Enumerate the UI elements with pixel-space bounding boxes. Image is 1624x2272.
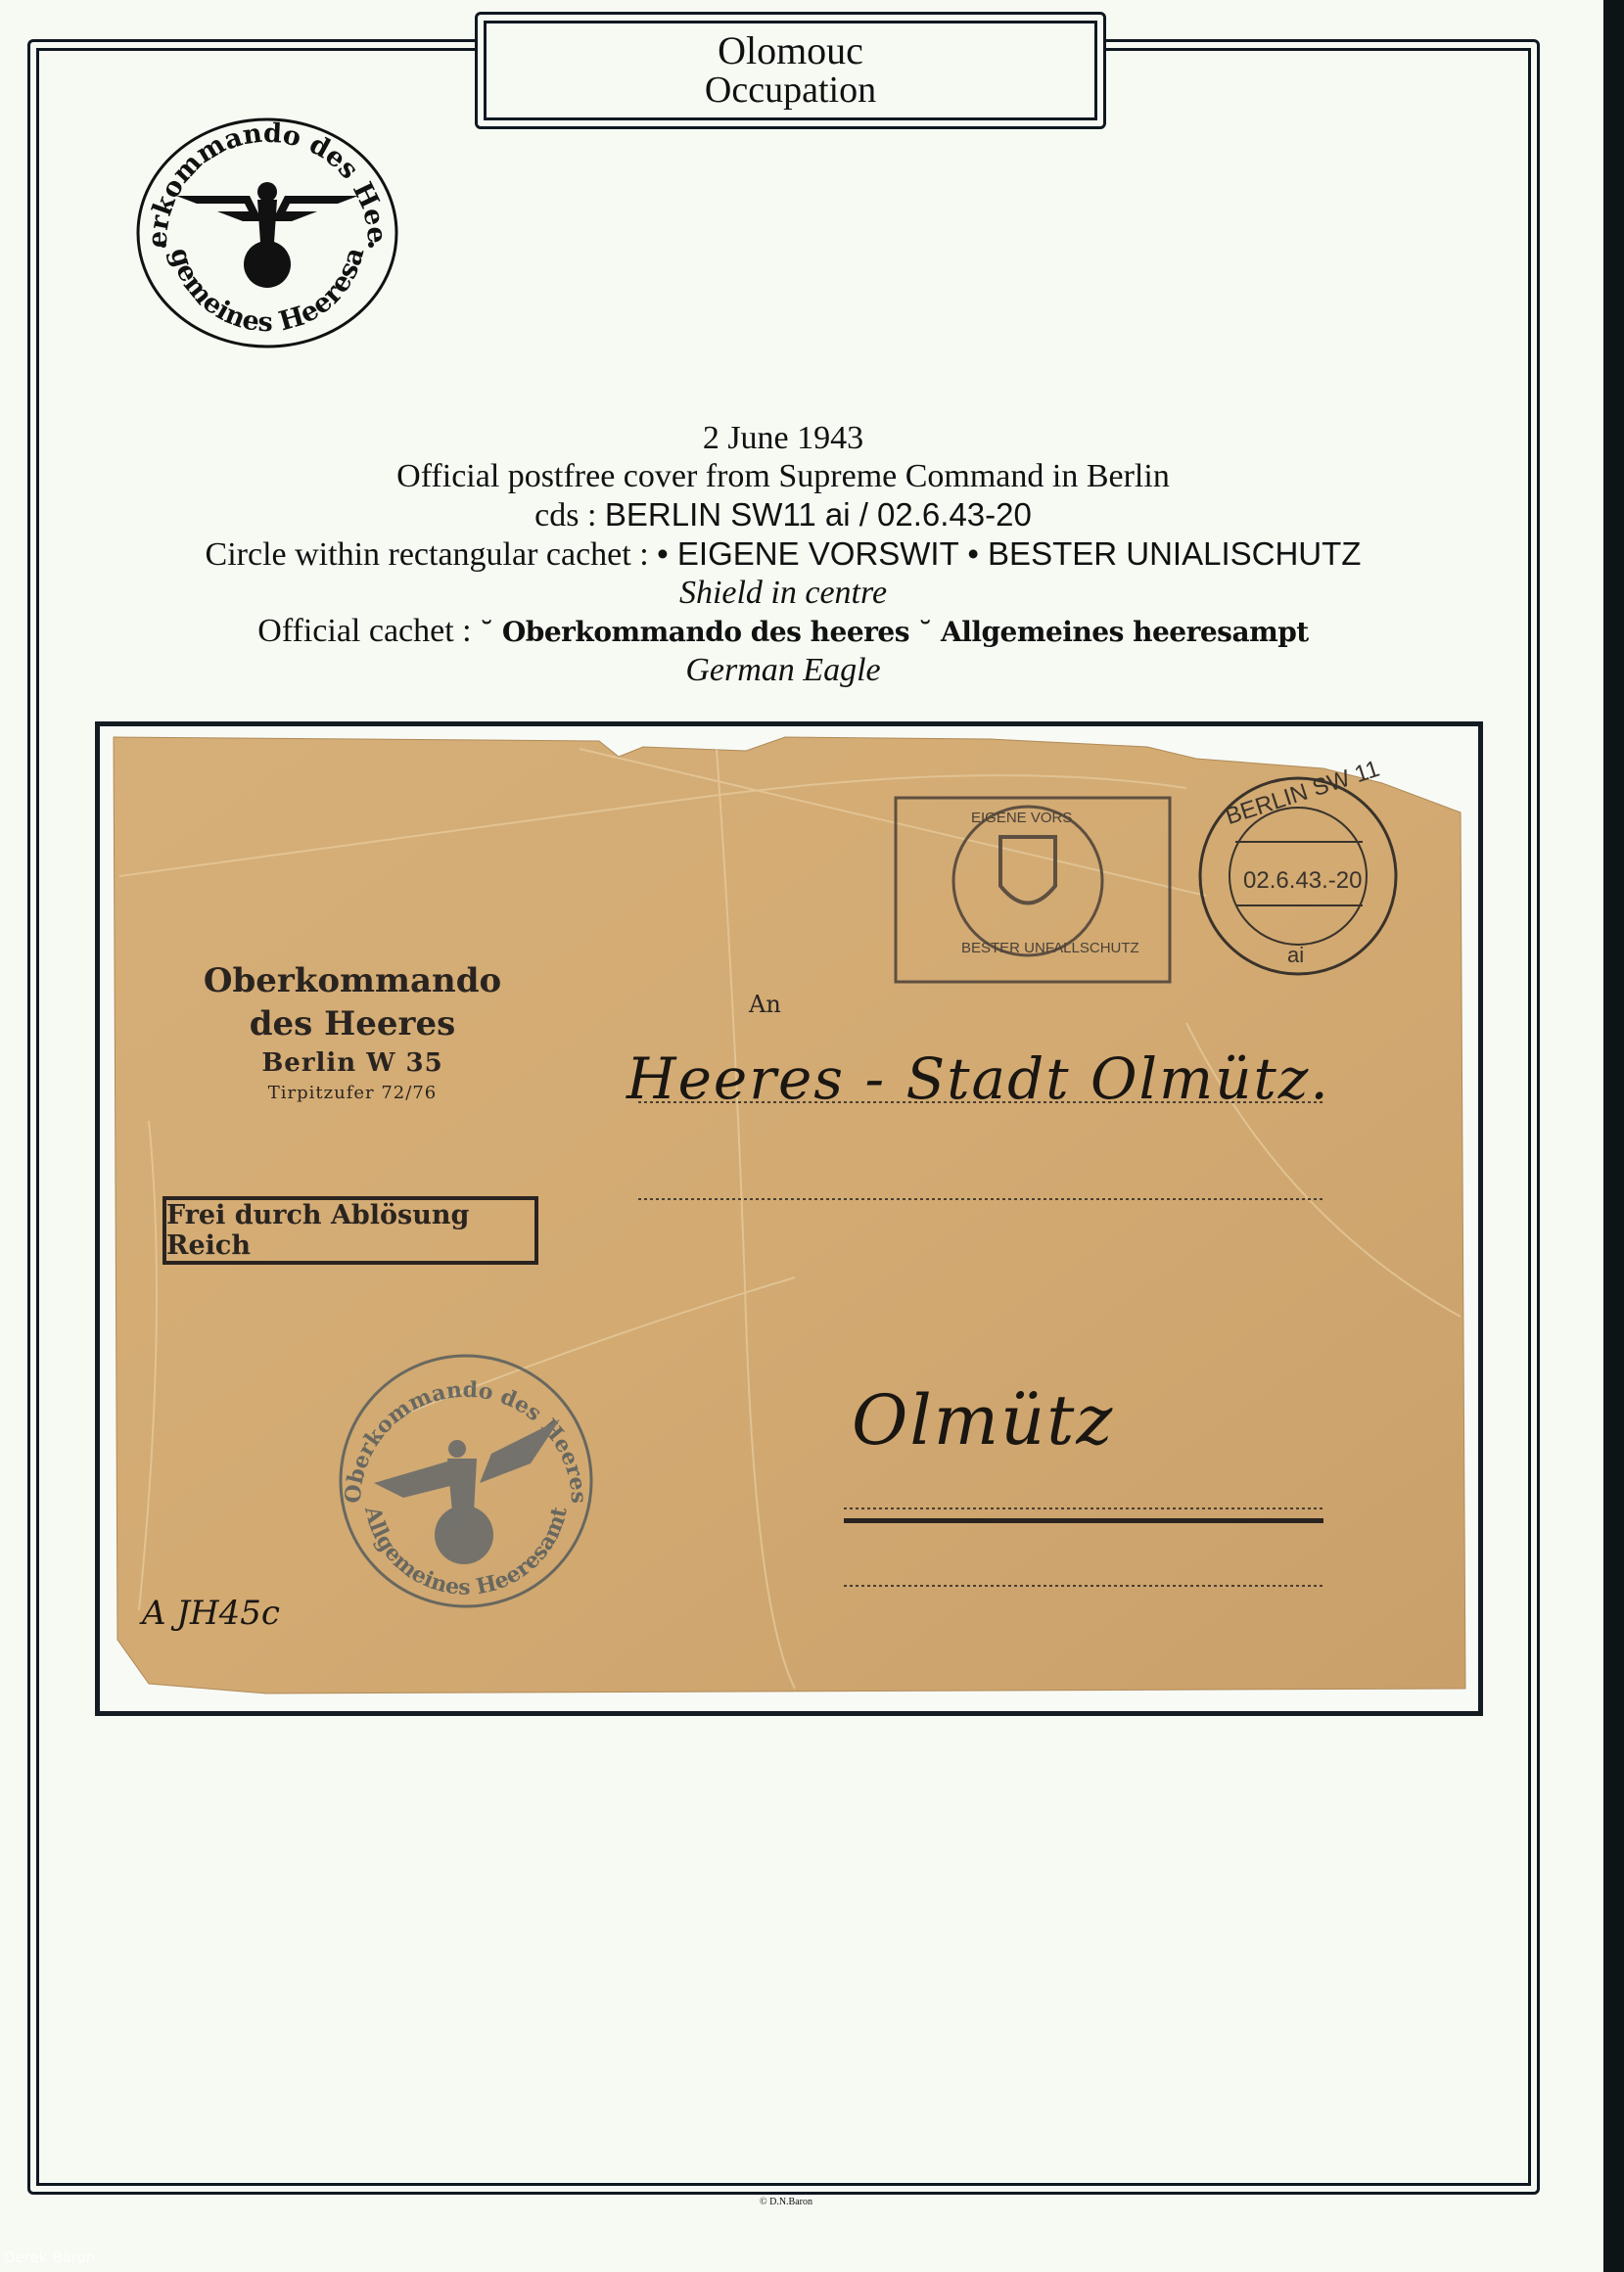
cover-description: 2 June 1943 Official postfree cover from… [98,419,1468,689]
addressee-prefix: An [749,991,781,1018]
sender-line-1: Oberkommando [196,959,509,1002]
copyright-note: © D.N.Baron [760,2197,812,2207]
postage-free-box: Frei durch Ablösung Reich [162,1196,538,1265]
cachet-label: Circle within rectangular cachet : [206,536,658,573]
scan-edge-strip [1603,0,1624,2272]
seal-illustration: Oberkommando des Heeres Allgemeines Heer… [127,106,407,350]
official-cachet-line: Official cachet : ˘ Oberkommando des hee… [98,612,1468,651]
postmark-date: 02.6.43.-20 [1243,867,1362,894]
sender-street: Tirpitzufer 72/76 [196,1081,509,1106]
handwritten-address-line1: Heeres - Stadt Olmütz. [626,1045,1330,1112]
eagle-note: German Eagle [98,651,1468,689]
page-title: Olomouc [718,31,863,70]
watermark: Derek Baron [4,2249,95,2266]
official-cachet-label: Official cachet : [257,613,480,649]
slogan-bottom-text: BESTER UNFALLSCHUTZ [961,940,1139,956]
title-box: Olomouc Occupation [484,21,1097,120]
page-subtitle: Occupation [705,70,876,110]
cover-summary: Official postfree cover from Supreme Com… [98,457,1468,495]
cds-line: cds : BERLIN SW11 ai / 02.6.43-20 [98,495,1468,534]
sender-block: Oberkommando des Heeres Berlin W 35 Tirp… [196,959,509,1106]
shield-note: Shield in centre [98,574,1468,612]
pencil-reference: A JH45c [142,1594,280,1633]
cds-label: cds : [534,497,605,533]
cachet-line: Circle within rectangular cachet : • EIG… [98,534,1468,574]
official-cachet-value: ˘ Oberkommando des heeres ˘ Allgemeines … [480,616,1309,648]
cachet-value: • EIGENE VORSWIT • BESTER UNIALISCHUTZ [657,535,1361,572]
handwritten-address-city: Olmütz [852,1380,1114,1461]
sender-line-2: des Heeres [196,1002,509,1045]
postmark-code: ai [1287,943,1304,967]
cover-date: 2 June 1943 [98,419,1468,457]
slogan-top-text: EIGENE VORS [971,810,1072,826]
cds-value: BERLIN SW11 ai / 02.6.43-20 [605,496,1032,533]
sender-city: Berlin W 35 [196,1045,509,1081]
